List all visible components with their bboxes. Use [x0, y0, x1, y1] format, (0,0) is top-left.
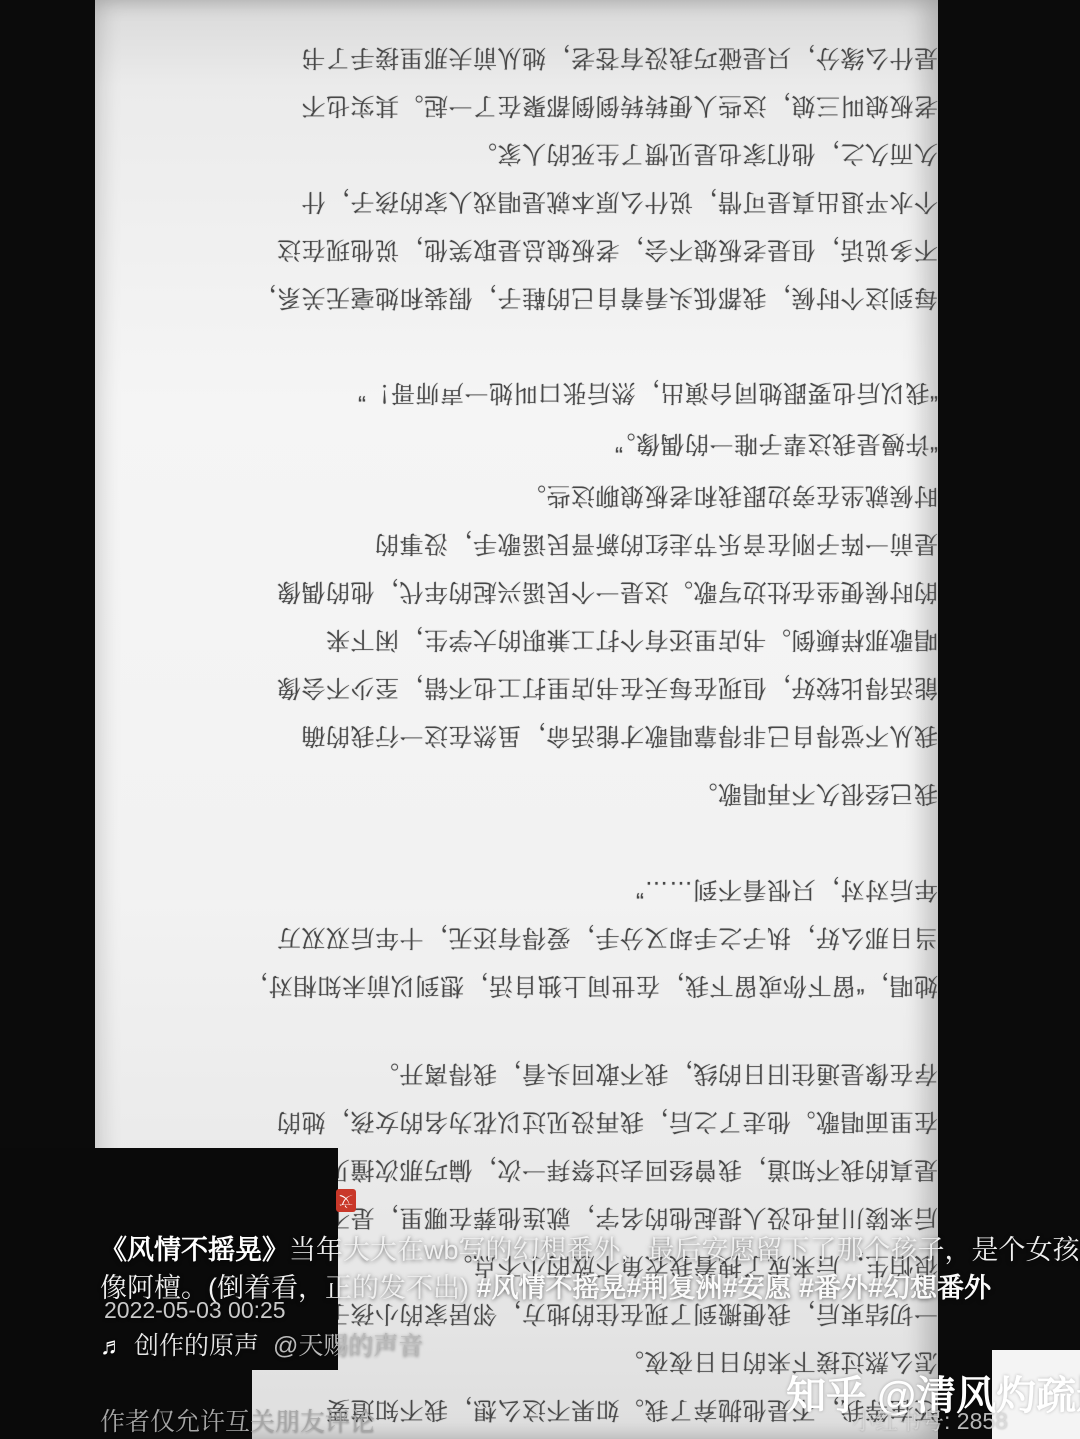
- doc-line: 是什么缘分，只是碰巧我没有苍老，她从前夫那里接手了书: [248, 33, 938, 81]
- doc-line: 是真的我不知道，我曾经回去过祭拜一次，偏巧那次撞见来我: [248, 1145, 938, 1193]
- caption-line-1: 《风情不摇晃》当年大大在wb写的幻想番外，最后安愿留下了那个孩子，是个女孩，笑起…: [100, 1228, 1080, 1267]
- doc-line: 久而久之，他们家也是见惯了生死的人家。: [248, 129, 938, 177]
- inline-red-sticker: 文: [336, 1189, 356, 1212]
- music-title[interactable]: 创作的原声: [134, 1332, 259, 1360]
- doc-line: 年后对对，只恨看不到……”: [248, 865, 938, 913]
- post-date: 2022-05-03 00:25: [104, 1297, 286, 1324]
- caption-book-title: 《风情不摇晃》: [100, 1235, 289, 1265]
- music-note-icon: ♬: [100, 1333, 124, 1360]
- doc-line: 我已经很久不再唱歌。: [248, 769, 938, 817]
- caption-hashtags[interactable]: #风情不摇晃#荆复洲#安愿 #番外#幻想番外: [476, 1273, 991, 1303]
- doc-line: 当日那么好，执子之手却又分手，爱得有还无，十年后双双万: [248, 913, 938, 961]
- upside-down-document-text: 还在等我，不是他抛弃了我。如果不这么想，我不知道要怎么熬过接下来的日日夜夜。一切…: [248, 0, 938, 1439]
- doc-line: 在里面唱歌。他走了之后，我再没见过以花为名的女孩，她的: [248, 1097, 938, 1145]
- doc-line: “许嫚是我这辈子唯一的偶像。”: [248, 419, 938, 467]
- doc-line: “我以后也要跟她同台演出，然后张口叫她一声师哥！”: [248, 368, 938, 416]
- doc-line: 存在像是通往旧日的线，我不敢回头看，我得离开。: [248, 1049, 938, 1097]
- music-row[interactable]: ♬创作的原声@天赐的声音: [100, 1326, 423, 1362]
- doc-line: 每到这个时候，我都低头看着自己的鞋子，假装和她毫无关系，: [248, 273, 938, 321]
- doc-line: 不多说话，但是老板娘不会，老板娘总是取笑他，说他现在这: [248, 225, 938, 273]
- xiaohongshu-id: 小红书号: 2858: [852, 1403, 1008, 1436]
- doc-line: 能活得比较好，但现在每天在书店里打工也不错，至少不会像: [248, 663, 938, 711]
- doc-line: 她唱，“留下你或留下我，在世间上独自活，想到以前未知相对，: [248, 961, 938, 1009]
- doc-line: 我从不觉得自己非得靠唱歌才能活命，虽然在这一行我的确: [248, 711, 938, 759]
- doc-line: 的时候便坐在灶边写歌。这是一个民谣兴起的年代，他的偶像: [248, 567, 938, 615]
- doc-line: 是前一阵子刚在音乐节走红的新晋民谣歌手，没事的: [248, 519, 938, 567]
- video-frame: 还在等我，不是他抛弃了我。如果不这么想，我不知道要怎么熬过接下来的日日夜夜。一切…: [0, 0, 1080, 1439]
- music-author[interactable]: @天赐的声音: [273, 1332, 423, 1360]
- comment-permission-note: 作者仅允许互关朋友评论: [100, 1402, 375, 1438]
- caption-text: 当年大大在wb写的幻想番外，最后安愿留下了那个孩子，是个女孩，笑起来很: [289, 1235, 1080, 1265]
- doc-line: 个水平退出真是可惜，说什么原本就是唱戏人家的孩子，什: [248, 177, 938, 225]
- doc-line: 老板娘叫三娘，这些人便转转倒倒都聚在了一起。其实也不: [248, 81, 938, 129]
- doc-line: 唱歌那样颠倒。书店里还有个打工兼职的大学生，闲下来: [248, 615, 938, 663]
- doc-line: 时候就坐在旁边跟我和老板娘聊这些。: [248, 471, 938, 519]
